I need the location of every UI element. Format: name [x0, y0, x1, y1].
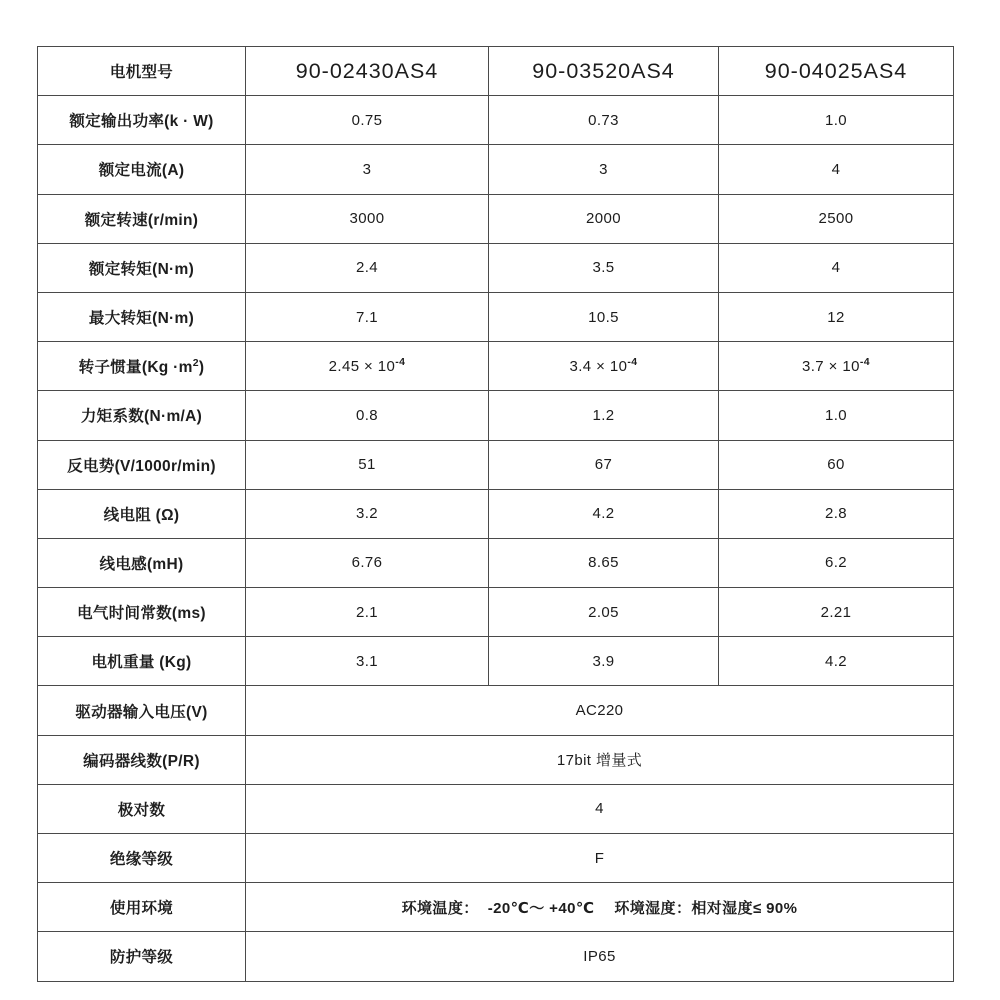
motor-spec-table: 电机型号 90-02430AS4 90-03520AS4 90-04025AS4…: [37, 46, 954, 982]
merged-value-cell: AC220: [246, 686, 954, 735]
spec-label-cell: 使用环境: [38, 883, 246, 932]
spec-label-cell: 转子惯量(Kg ·m2): [38, 342, 246, 391]
spec-label-cell: 电机重量 (Kg): [38, 637, 246, 686]
spec-value-cell: 3: [246, 145, 489, 194]
spec-value-cell: 2500: [719, 194, 954, 243]
spec-value-cell: 1.0: [719, 391, 954, 440]
table-row-rated-current: 额定电流(A) 3 3 4: [38, 145, 954, 194]
table-row-max-torque: 最大转矩(N·m) 7.1 10.5 12: [38, 292, 954, 341]
table-row-motor-weight: 电机重量 (Kg) 3.1 3.9 4.2: [38, 637, 954, 686]
spec-value-cell: 60: [719, 440, 954, 489]
spec-value-cell: 67: [489, 440, 719, 489]
spec-value-cell: 3000: [246, 194, 489, 243]
spec-value-cell: 2.05: [489, 588, 719, 637]
inertia-value-superscript: -4: [395, 356, 405, 368]
spec-label-cell: 绝缘等级: [38, 834, 246, 883]
table-row-pole-pairs: 极对数 4: [38, 784, 954, 833]
spec-value-cell: 3: [489, 145, 719, 194]
spec-value-cell: 0.73: [489, 96, 719, 145]
spec-label-cell: 最大转矩(N·m): [38, 292, 246, 341]
spec-value-cell: 2.8: [719, 489, 954, 538]
inertia-value-superscript: -4: [627, 356, 637, 368]
merged-value-cell: 17bit 增量式: [246, 735, 954, 784]
model-header-cell: 90-03520AS4: [489, 47, 719, 96]
inertia-value-superscript: -4: [860, 356, 870, 368]
spec-sheet-page: 电机型号 90-02430AS4 90-03520AS4 90-04025AS4…: [0, 0, 1000, 1000]
header-label-cell: 电机型号: [38, 47, 246, 96]
spec-label-cell: 线电阻 (Ω): [38, 489, 246, 538]
spec-label-cell: 防护等级: [38, 932, 246, 981]
table-row-drive-input-voltage: 驱动器输入电压(V) AC220: [38, 686, 954, 735]
spec-value-cell: 3.5: [489, 243, 719, 292]
spec-value-cell: 2.1: [246, 588, 489, 637]
inertia-value-text: 2.45 × 10: [329, 358, 396, 375]
spec-value-cell: 7.1: [246, 292, 489, 341]
spec-value-cell: 0.8: [246, 391, 489, 440]
spec-value-cell: 1.0: [719, 96, 954, 145]
spec-label-cell: 额定输出功率(k · W): [38, 96, 246, 145]
inertia-label-close: ): [199, 359, 204, 376]
spec-value-cell: 6.2: [719, 538, 954, 587]
spec-value-cell: 3.2: [246, 489, 489, 538]
spec-value-cell: 2.45 × 10-4: [246, 342, 489, 391]
spec-label-cell: 反电势(V/1000r/min): [38, 440, 246, 489]
spec-value-cell: 2.4: [246, 243, 489, 292]
inertia-label-text: 转子惯量(Kg ·m: [79, 359, 193, 376]
table-row-back-emf: 反电势(V/1000r/min) 51 67 60: [38, 440, 954, 489]
spec-label-cell: 电气时间常数(ms): [38, 588, 246, 637]
model-header-cell: 90-02430AS4: [246, 47, 489, 96]
spec-value-cell: 3.7 × 10-4: [719, 342, 954, 391]
spec-value-cell: 4: [719, 145, 954, 194]
spec-value-cell: 12: [719, 292, 954, 341]
table-row-torque-constant: 力矩系数(N·m/A) 0.8 1.2 1.0: [38, 391, 954, 440]
inertia-value-text: 3.7 × 10: [802, 358, 860, 375]
header-row: 电机型号 90-02430AS4 90-03520AS4 90-04025AS4: [38, 47, 954, 96]
table-row-protection-class: 防护等级 IP65: [38, 932, 954, 981]
spec-label-cell: 额定转速(r/min): [38, 194, 246, 243]
spec-value-cell: 3.9: [489, 637, 719, 686]
spec-label-cell: 极对数: [38, 784, 246, 833]
table-row-rated-power: 额定输出功率(k · W) 0.75 0.73 1.0: [38, 96, 954, 145]
spec-value-cell: 4.2: [489, 489, 719, 538]
merged-value-cell: IP65: [246, 932, 954, 981]
merged-value-cell: 4: [246, 784, 954, 833]
spec-value-cell: 2.21: [719, 588, 954, 637]
spec-value-cell: 1.2: [489, 391, 719, 440]
spec-label-cell: 线电感(mH): [38, 538, 246, 587]
spec-value-cell: 10.5: [489, 292, 719, 341]
table-row-line-resistance: 线电阻 (Ω) 3.2 4.2 2.8: [38, 489, 954, 538]
table-row-insulation-class: 绝缘等级 F: [38, 834, 954, 883]
spec-value-cell: 51: [246, 440, 489, 489]
merged-value-cell: F: [246, 834, 954, 883]
spec-label-cell: 编码器线数(P/R): [38, 735, 246, 784]
table-row-operating-environment: 使用环境 环境温度： -20℃～ +40℃ 环境湿度：相对湿度≤ 90%: [38, 883, 954, 932]
table-row-encoder-lines: 编码器线数(P/R) 17bit 增量式: [38, 735, 954, 784]
spec-label-cell: 额定转矩(N·m): [38, 243, 246, 292]
table-row-rotor-inertia: 转子惯量(Kg ·m2) 2.45 × 10-4 3.4 × 10-4 3.7 …: [38, 342, 954, 391]
spec-label-cell: 驱动器输入电压(V): [38, 686, 246, 735]
spec-value-cell: 8.65: [489, 538, 719, 587]
spec-label-cell: 额定电流(A): [38, 145, 246, 194]
table-row-rated-torque: 额定转矩(N·m) 2.4 3.5 4: [38, 243, 954, 292]
table-row-rated-speed: 额定转速(r/min) 3000 2000 2500: [38, 194, 954, 243]
spec-value-cell: 3.4 × 10-4: [489, 342, 719, 391]
spec-value-cell: 3.1: [246, 637, 489, 686]
model-header-cell: 90-04025AS4: [719, 47, 954, 96]
table-row-electrical-time-constant: 电气时间常数(ms) 2.1 2.05 2.21: [38, 588, 954, 637]
inertia-value-text: 3.4 × 10: [570, 358, 628, 375]
spec-value-cell: 4: [719, 243, 954, 292]
spec-value-cell: 4.2: [719, 637, 954, 686]
spec-value-cell: 6.76: [246, 538, 489, 587]
table-row-line-inductance: 线电感(mH) 6.76 8.65 6.2: [38, 538, 954, 587]
spec-value-cell: 2000: [489, 194, 719, 243]
spec-value-cell: 0.75: [246, 96, 489, 145]
merged-value-cell: 环境温度： -20℃～ +40℃ 环境湿度：相对湿度≤ 90%: [246, 883, 954, 932]
spec-label-cell: 力矩系数(N·m/A): [38, 391, 246, 440]
